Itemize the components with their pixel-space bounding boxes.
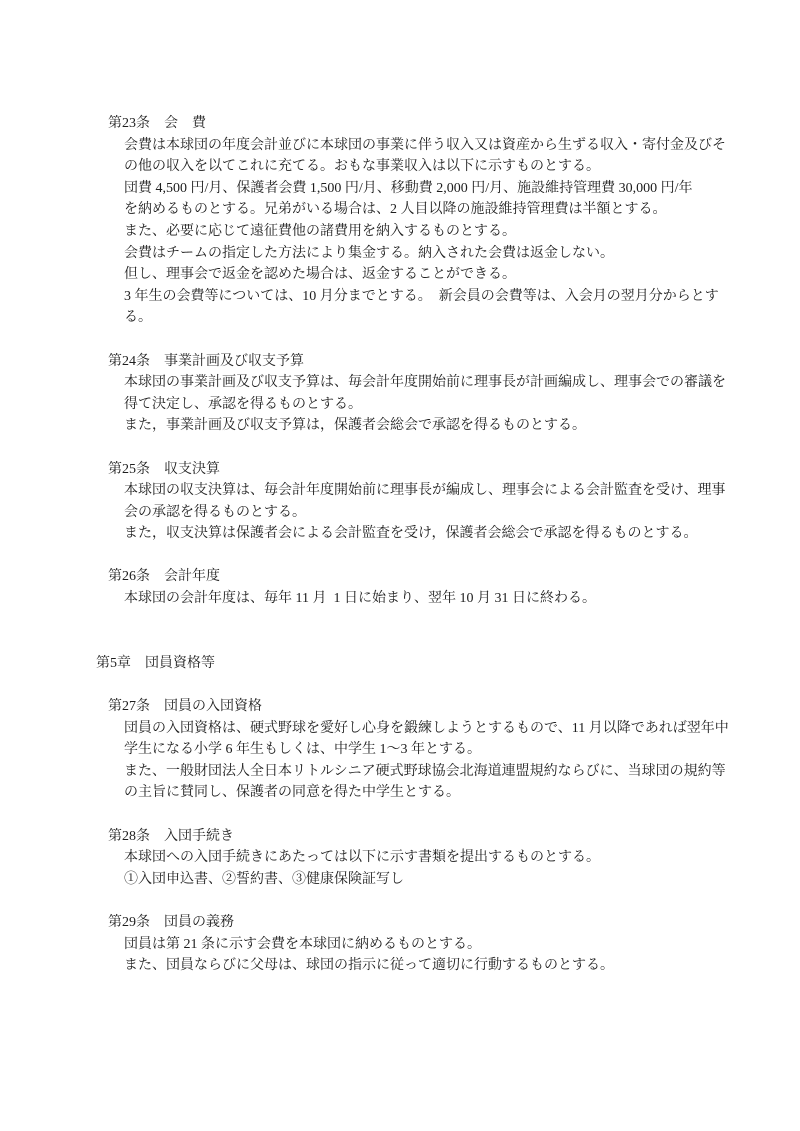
article-block-5: 第27条 団員の入団資格団員の入団資格は、硬式野球を愛好し心身を鍛練しようとする…	[0, 696, 800, 804]
text-line: 本球団の事業計画及び収支予算は、毎会計年度開始前に理事長が計画編成し、理事会での…	[124, 372, 800, 394]
text-line: 団費 4,500 円/月、保護者会費 1,500 円/月、移動費 2,000 円…	[124, 178, 800, 200]
text-line: 本球団の会計年度は、毎年 11 月 1 日に始まり、翌年 10 月 31 日に終…	[124, 588, 800, 610]
chapter-block-4: 第5章 団員資格等	[0, 653, 800, 675]
article-heading: 第24条 事業計画及び収支予算	[108, 351, 800, 373]
text-line: ①入団申込書、②誓約書、③健康保険証写し	[124, 869, 800, 891]
article-block-2: 第25条 収支決算本球団の収支決算は、毎会計年度開始前に理事長が編成し、理事会に…	[0, 459, 800, 545]
text-line: 会費はチームの指定した方法により集金する。納入された会費は返金しない。	[124, 243, 800, 265]
article-heading: 第23条 会 費	[108, 113, 800, 135]
article-heading: 第29条 団員の義務	[108, 912, 800, 934]
article-heading: 第26条 会計年度	[108, 566, 800, 588]
text-line: 得て決定し、承認を得るものとする。	[124, 394, 800, 416]
text-line: また、団員ならびに父母は、球団の指示に従って適切に行動するものとする。	[124, 955, 800, 977]
article-block-1: 第24条 事業計画及び収支予算本球団の事業計画及び収支予算は、毎会計年度開始前に…	[0, 351, 800, 437]
text-line: 会費は本球団の年度会計並びに本球団の事業に伴う収入又は資産から生ずる収入・寄付金…	[124, 135, 800, 157]
text-line: 但し、理事会で返金を認めた場合は、返金することができる。	[124, 264, 800, 286]
text-line: 本球団の収支決算は、毎会計年度開始前に理事長が編成し、理事会による会計監査を受け…	[124, 480, 800, 502]
article-block-0: 第23条 会 費会費は本球団の年度会計並びに本球団の事業に伴う収入又は資産から生…	[0, 113, 800, 329]
text-line: 会の承認を得るものとする。	[124, 502, 800, 524]
text-line: また，事業計画及び収支予算は，保護者会総会で承認を得るものとする。	[124, 415, 800, 437]
text-line: 学生になる小学 6 年生もしくは、中学生 1～3 年とする。	[124, 739, 800, 761]
text-line: 本球団への入団手続きにあたっては以下に示す書類を提出するものとする。	[124, 847, 800, 869]
article-block-6: 第28条 入団手続き本球団への入団手続きにあたっては以下に示す書類を提出するもの…	[0, 826, 800, 891]
article-heading: 第25条 収支決算	[108, 459, 800, 481]
text-line: 3 年生の会費等については、10 月分までとする。 新会員の会費等は、入会月の翌…	[124, 286, 800, 308]
text-line: また，収支決算は保護者会による会計監査を受け，保護者会総会で承認を得るものとする…	[124, 523, 800, 545]
article-block-7: 第29条 団員の義務団員は第 21 条に示す会費を本球団に納めるものとする。また…	[0, 912, 800, 977]
text-line: の主旨に賛同し、保護者の同意を得た中学生とする。	[124, 782, 800, 804]
text-line: の他の収入を以てこれに充てる。おもな事業収入は以下に示すものとする。	[124, 156, 800, 178]
text-line: また、一般財団法人全日本リトルシニア硬式野球協会北海道連盟規約ならびに、当球団の…	[124, 761, 800, 783]
chapter-heading: 第5章 団員資格等	[96, 653, 800, 675]
article-heading: 第28条 入団手続き	[108, 826, 800, 848]
article-heading: 第27条 団員の入団資格	[108, 696, 800, 718]
text-line: を納めるものとする。兄弟がいる場合は、2 人目以降の施設維持管理費は半額とする。	[124, 199, 800, 221]
document-body: 第23条 会 費会費は本球団の年度会計並びに本球団の事業に伴う収入又は資産から生…	[0, 0, 800, 998]
document-page: 第23条 会 費会費は本球団の年度会計並びに本球団の事業に伴う収入又は資産から生…	[0, 0, 800, 1131]
text-line: 団員の入団資格は、硬式野球を愛好し心身を鍛練しようとするもので、11 月以降であ…	[124, 718, 800, 740]
text-line: また、必要に応じて遠征費他の諸費用を納入するものとする。	[124, 221, 800, 243]
article-block-3: 第26条 会計年度本球団の会計年度は、毎年 11 月 1 日に始まり、翌年 10…	[0, 566, 800, 609]
text-line: る。	[124, 307, 800, 329]
text-line: 団員は第 21 条に示す会費を本球団に納めるものとする。	[124, 934, 800, 956]
